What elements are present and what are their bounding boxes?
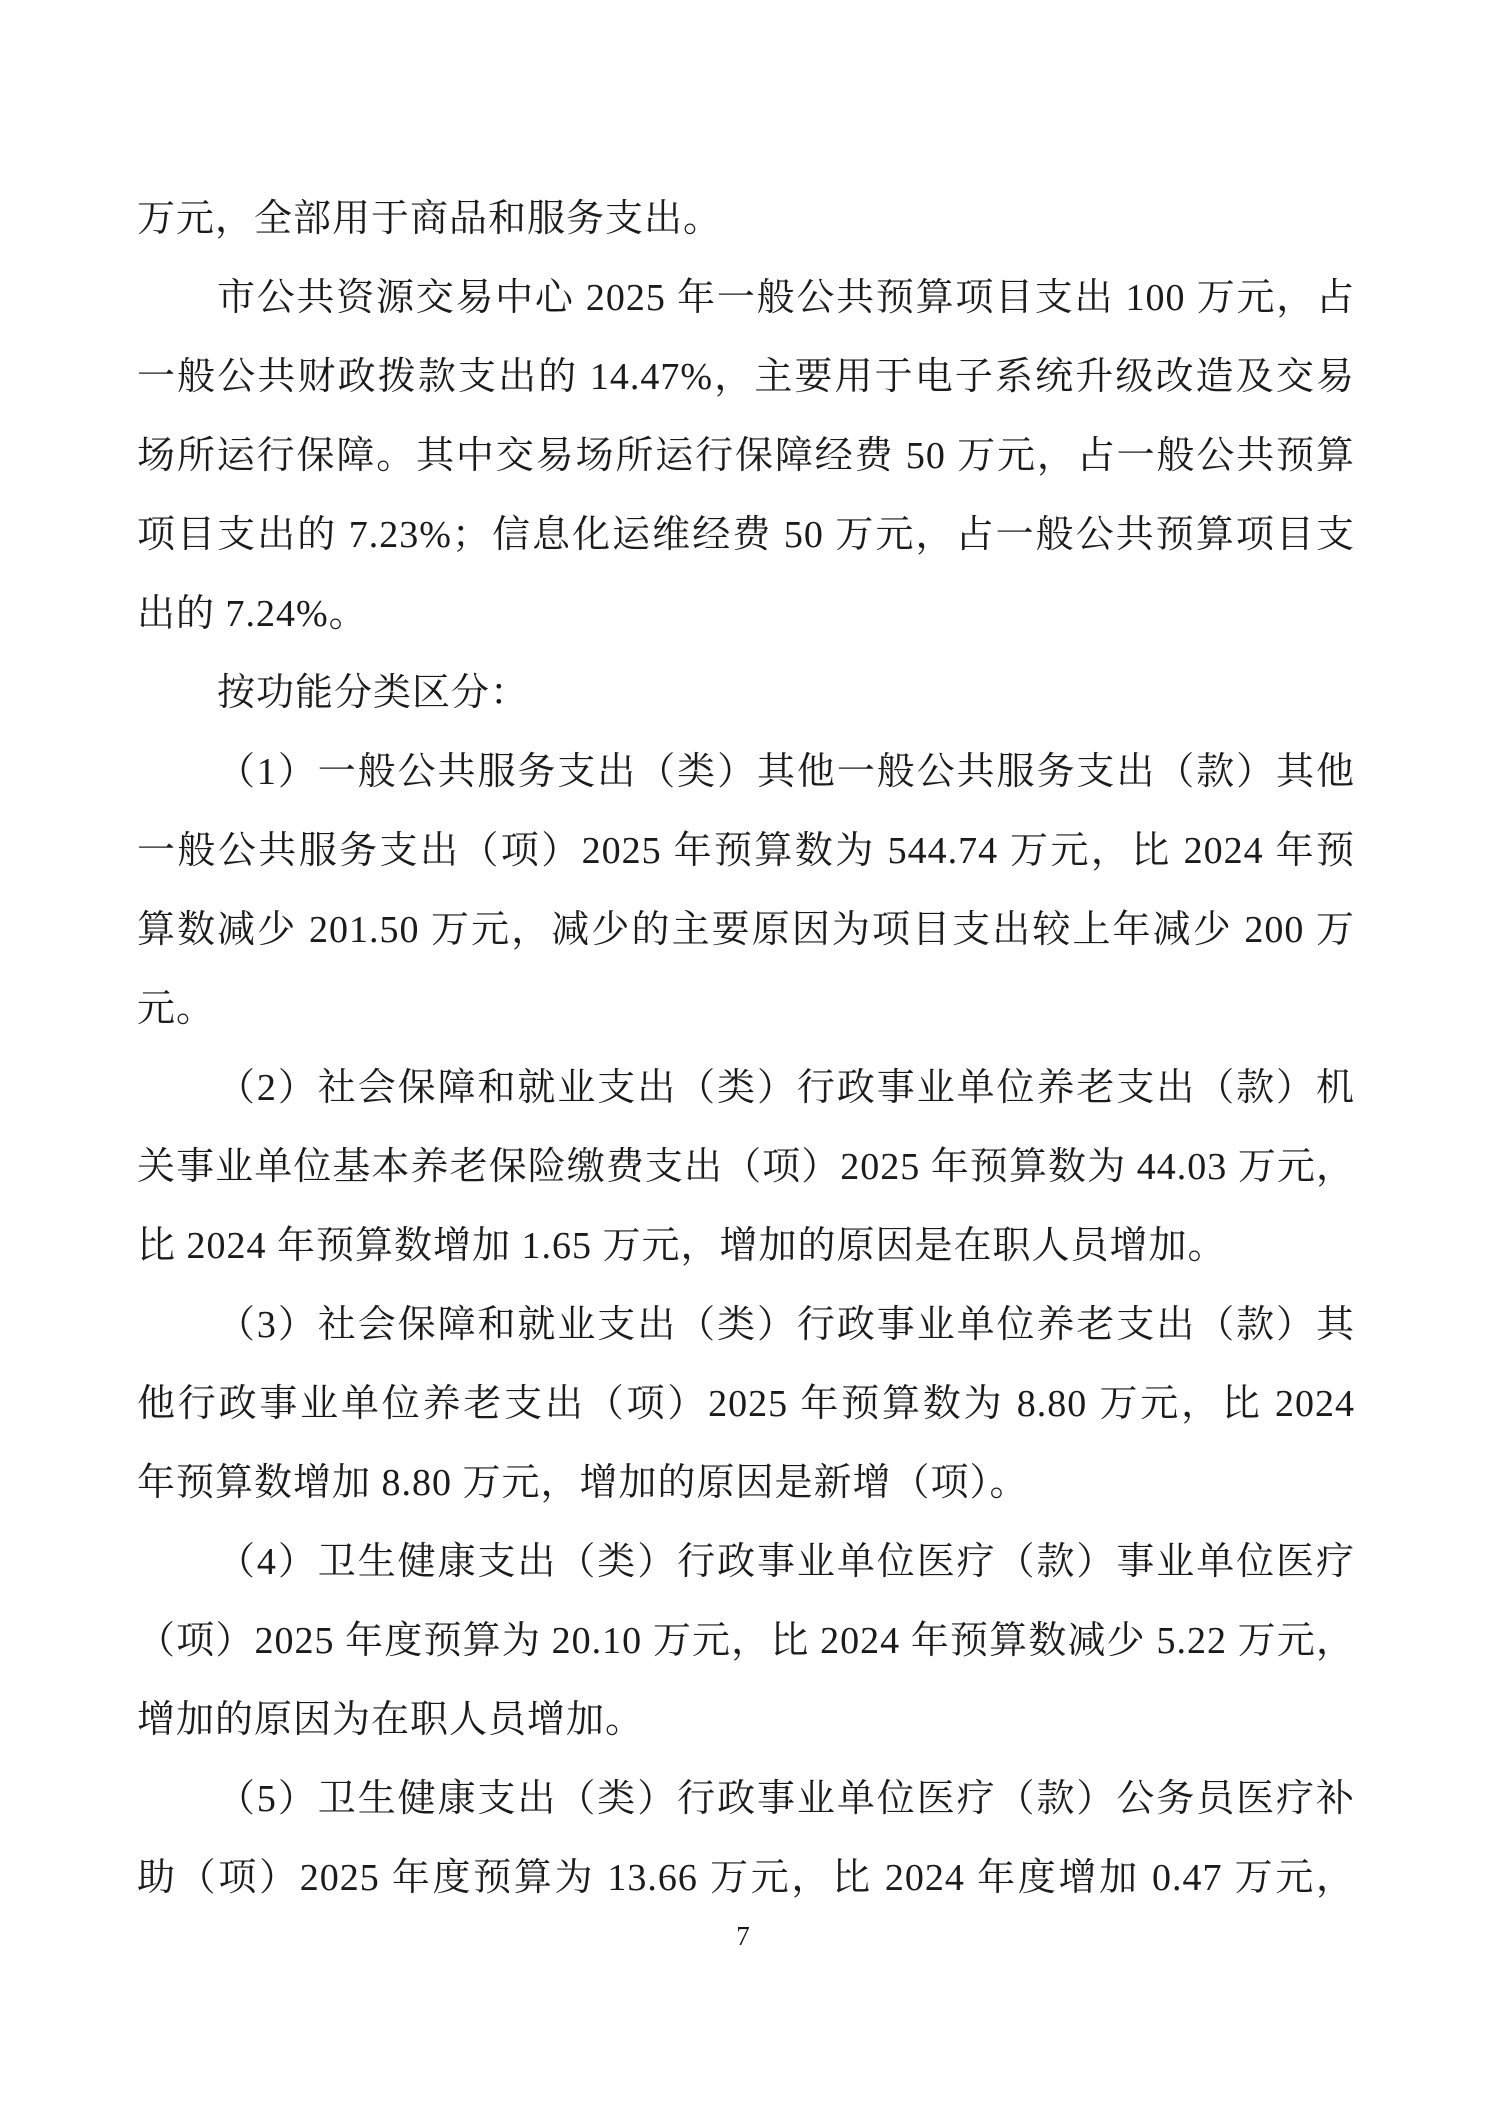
text-line: 比 2024 年预算数增加 1.65 万元，增加的原因是在职人员增加。 — [137, 1207, 1355, 1286]
text-line: 元。 — [137, 970, 1355, 1049]
text-line: 万元，全部用于商品和服务支出。 — [137, 180, 1355, 259]
text-line: （2）社会保障和就业支出（类）行政事业单位养老支出（款）机 — [137, 1049, 1355, 1128]
paragraph: （4）卫生健康支出（类）行政事业单位医疗（款）事业单位医疗 （项）2025 年度… — [137, 1523, 1355, 1760]
document-page: 万元，全部用于商品和服务支出。 市公共资源交易中心 2025 年一般公共预算项目… — [0, 0, 1486, 2103]
text-line: 一般公共财政拨款支出的 14.47%，主要用于电子系统升级改造及交易 — [137, 338, 1355, 417]
text-line: 市公共资源交易中心 2025 年一般公共预算项目支出 100 万元，占 — [137, 259, 1355, 338]
text-line: （4）卫生健康支出（类）行政事业单位医疗（款）事业单位医疗 — [137, 1523, 1355, 1602]
text-line: 增加的原因为在职人员增加。 — [137, 1681, 1355, 1760]
paragraph: （5）卫生健康支出（类）行政事业单位医疗（款）公务员医疗补 助（项）2025 年… — [137, 1760, 1355, 1918]
text-line: 出的 7.24%。 — [137, 575, 1355, 654]
page-footer: 7 — [0, 1916, 1486, 1956]
paragraph: 市公共资源交易中心 2025 年一般公共预算项目支出 100 万元，占 一般公共… — [137, 259, 1355, 654]
text-line: 算数减少 201.50 万元，减少的主要原因为项目支出较上年减少 200 万 — [137, 891, 1355, 970]
paragraph: （3）社会保障和就业支出（类）行政事业单位养老支出（款）其 他行政事业单位养老支… — [137, 1286, 1355, 1523]
text-line: 一般公共服务支出（项）2025 年预算数为 544.74 万元，比 2024 年… — [137, 812, 1355, 891]
text-line: 助（项）2025 年度预算为 13.66 万元，比 2024 年度增加 0.47… — [137, 1839, 1355, 1918]
text-line: 关事业单位基本养老保险缴费支出（项）2025 年预算数为 44.03 万元， — [137, 1128, 1355, 1207]
text-line: 年预算数增加 8.80 万元，增加的原因是新增（项）。 — [137, 1444, 1355, 1523]
text-line: 按功能分类区分： — [137, 654, 1355, 733]
text-line: （项）2025 年度预算为 20.10 万元，比 2024 年预算数减少 5.2… — [137, 1602, 1355, 1681]
document-body: 万元，全部用于商品和服务支出。 市公共资源交易中心 2025 年一般公共预算项目… — [137, 180, 1355, 1918]
text-line: （5）卫生健康支出（类）行政事业单位医疗（款）公务员医疗补 — [137, 1760, 1355, 1839]
text-line: 场所运行保障。其中交易场所运行保障经费 50 万元，占一般公共预算 — [137, 417, 1355, 496]
text-line: （3）社会保障和就业支出（类）行政事业单位养老支出（款）其 — [137, 1286, 1355, 1365]
text-line: 他行政事业单位养老支出（项）2025 年预算数为 8.80 万元，比 2024 — [137, 1365, 1355, 1444]
page-number: 7 — [736, 1921, 750, 1951]
text-line: （1）一般公共服务支出（类）其他一般公共服务支出（款）其他 — [137, 733, 1355, 812]
text-line: 项目支出的 7.23%；信息化运维经费 50 万元，占一般公共预算项目支 — [137, 496, 1355, 575]
paragraph: 按功能分类区分： — [137, 654, 1355, 733]
paragraph: （2）社会保障和就业支出（类）行政事业单位养老支出（款）机 关事业单位基本养老保… — [137, 1049, 1355, 1286]
paragraph: （1）一般公共服务支出（类）其他一般公共服务支出（款）其他 一般公共服务支出（项… — [137, 733, 1355, 1049]
paragraph: 万元，全部用于商品和服务支出。 — [137, 180, 1355, 259]
